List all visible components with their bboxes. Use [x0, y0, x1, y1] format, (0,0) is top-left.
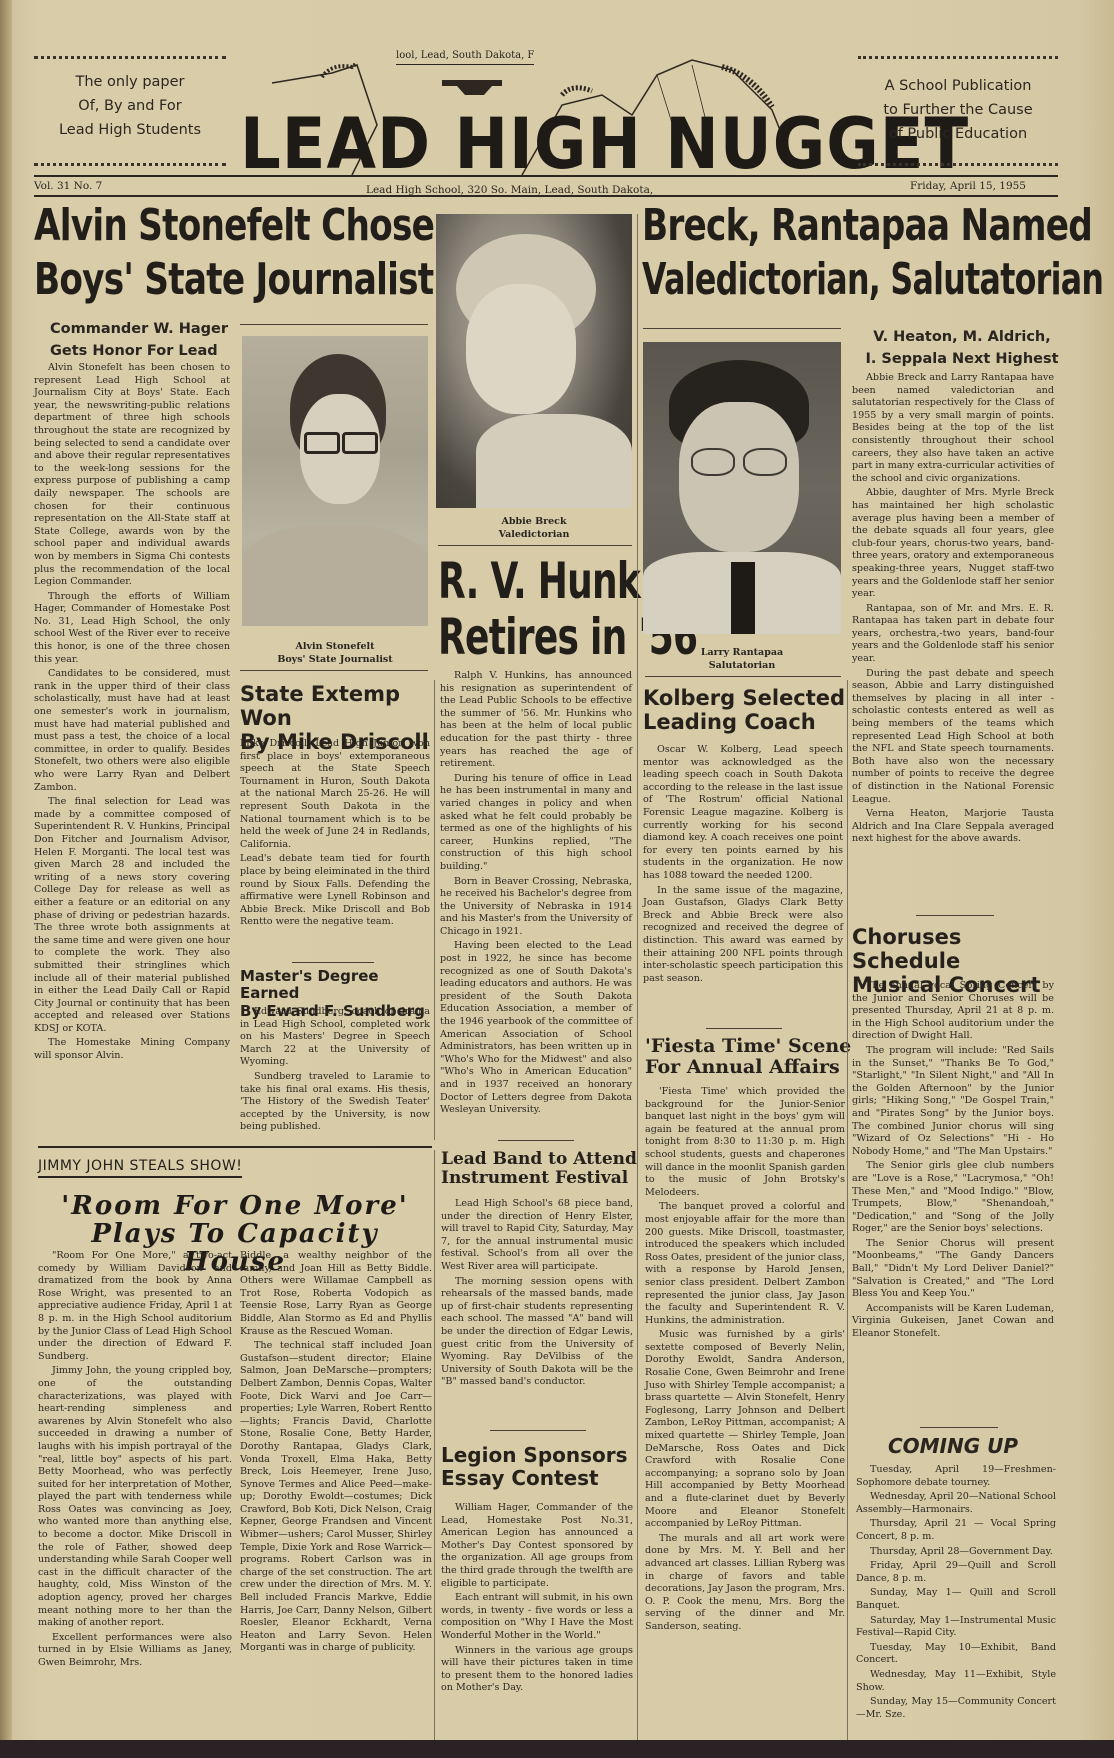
headline-line: 'Room For One More'	[38, 1192, 432, 1220]
caption-line: Salutatorian	[643, 659, 841, 672]
photo-caption: Alvin Stonefelt Boys' State Journalist	[242, 640, 428, 666]
paragraph: The technical staff included Joan Gustaf…	[240, 1340, 432, 1655]
binding-spine	[0, 0, 12, 1758]
page-bottom-edge	[0, 1740, 1114, 1758]
paragraph: 'Fiesta Time' which provided the backgro…	[645, 1086, 845, 1199]
left-ear-line: The only paper	[34, 70, 226, 94]
divider	[240, 670, 428, 671]
calendar-item: Friday, April 29—Quill and Scroll Dance,…	[856, 1560, 1056, 1585]
divider	[438, 545, 632, 546]
calendar-item: Tuesday, April 19—Freshmen-Sophomore deb…	[856, 1464, 1056, 1489]
article-body: Oscar W. Kolberg, Lead speech mentor was…	[643, 744, 843, 987]
paragraph: The Homestake Mining Company will sponso…	[34, 1037, 230, 1062]
paragraph: Lead's debate team tied for fourth place…	[240, 853, 430, 929]
ear-divider	[34, 56, 226, 62]
column-rule	[434, 1150, 435, 1744]
divider	[920, 1427, 998, 1428]
headline-line: Instrument Festival	[441, 1169, 641, 1188]
headline-line: Leading Coach	[643, 710, 853, 734]
paragraph: Abbie, daughter of Mrs. Myrle Breck has …	[852, 487, 1054, 600]
paragraph: Born in Beaver Crossing, Nebraska, he re…	[440, 876, 632, 939]
photo-larry-rantapaa	[643, 342, 841, 634]
ear-divider	[858, 56, 1058, 62]
paragraph: The program will include: "Red Sails in …	[852, 1045, 1054, 1158]
headline: Valedictorian, Salutatorian	[642, 258, 1103, 302]
paragraph: Having been elected to the Lead post in …	[440, 940, 632, 1116]
photo-alvin-stonefelt	[242, 336, 428, 626]
paragraph: Verna Heaton, Marjorie Tausta Aldrich an…	[852, 808, 1054, 846]
divider	[916, 915, 994, 916]
divider	[490, 1430, 586, 1431]
right-ear-line: to Further the Cause	[858, 98, 1058, 122]
headline-line: Choruses Schedule	[852, 925, 1072, 973]
paragraph: The annual vocal Spring Concert by the J…	[852, 980, 1054, 1043]
paragraph: Edward Sundberg, coach of drama in Lead …	[240, 1006, 430, 1069]
paragraph: The Senior girls glee club numbers are "…	[852, 1160, 1054, 1236]
paragraph: Winners in the various age groups will h…	[441, 1645, 633, 1695]
headline: Breck, Rantapaa Named	[642, 204, 1092, 248]
paragraph: Mike Driscoll, Lead High Junior, won fir…	[240, 738, 430, 851]
paragraph: Rantapaa, son of Mr. and Mrs. E. R. Rant…	[852, 603, 1054, 666]
paragraph: Oscar W. Kolberg, Lead speech mentor was…	[643, 744, 843, 883]
paragraph: The Senior Chorus will present "Moonbeam…	[852, 1238, 1054, 1301]
headline: 'Fiesta Time' Scene For Annual Affairs	[645, 1036, 855, 1078]
caption-line: Boys' State Journalist	[242, 653, 428, 666]
headline-line: Lead Band to Attend	[441, 1150, 641, 1169]
paragraph: The final selection for Lead was made by…	[34, 796, 230, 1035]
paragraph: Biddle, a wealthy neighbor of the family…	[240, 1250, 432, 1338]
paragraph: Each entrant will submit, in his own wor…	[441, 1592, 633, 1642]
calendar-item: Thursday, April 28—Government Day.	[856, 1546, 1056, 1559]
ear-divider	[858, 163, 1058, 169]
paragraph: Alvin Stonefelt has been chosen to repre…	[34, 362, 230, 589]
photo-caption: Larry Rantapaa Salutatorian	[643, 646, 841, 672]
paragraph: The morning session opens with rehearsal…	[441, 1276, 633, 1389]
calendar-item: Sunday, May 1— Quill and Scroll Banquet.	[856, 1587, 1056, 1612]
headline-line: State Extemp Won	[240, 682, 440, 730]
calendar-list: Tuesday, April 19—Freshmen-Sophomore deb…	[856, 1464, 1056, 1723]
headline: Legion Sponsors Essay Contest	[441, 1444, 641, 1490]
subheadline-line: V. Heaton, M. Aldrich,	[852, 326, 1072, 348]
right-ear-line: A School Publication	[858, 74, 1058, 98]
article-body: Ralph V. Hunkins, has announced his resi…	[440, 670, 632, 1119]
calendar-item: Tuesday, May 10—Exhibit, Band Concert.	[856, 1642, 1056, 1667]
article-body: Abbie Breck and Larry Rantapaa have been…	[852, 372, 1054, 848]
caption-line: Valedictorian	[436, 528, 632, 541]
headline: Lead Band to Attend Instrument Festival	[441, 1150, 641, 1187]
article-body: Edward Sundberg, coach of drama in Lead …	[240, 1006, 430, 1136]
article-body: The annual vocal Spring Concert by the J…	[852, 980, 1054, 1343]
paragraph: "Room For One More," a two-act comedy by…	[38, 1250, 232, 1363]
paragraph: Candidates to be considered, must rank i…	[34, 668, 230, 794]
headline-line: 'Fiesta Time' Scene	[645, 1036, 855, 1057]
headline: Kolberg Selected Leading Coach	[643, 686, 853, 734]
section-title: COMING UP	[852, 1434, 1054, 1458]
headline-line: Legion Sponsors	[441, 1444, 641, 1467]
subheadline-line: Gets Honor For Lead	[50, 340, 230, 362]
headline-line: Essay Contest	[441, 1467, 641, 1490]
paragraph: During the past debate and speech season…	[852, 668, 1054, 807]
headline-line: For Annual Affairs	[645, 1057, 855, 1078]
divider	[706, 1028, 782, 1029]
photo-abbie-breck	[436, 214, 632, 508]
calendar-item: Wednesday, April 20—National School Asse…	[856, 1491, 1056, 1516]
masthead-rule-top	[34, 175, 1058, 177]
article-body: Mike Driscoll, Lead High Junior, won fir…	[240, 738, 430, 931]
ear-divider	[34, 163, 226, 169]
column-rule	[637, 214, 638, 1744]
subheadline-line: I. Seppala Next Highest	[852, 348, 1072, 370]
subheadline-line: Commander W. Hager	[50, 318, 230, 340]
article-body: Alvin Stonefelt has been chosen to repre…	[34, 362, 230, 1122]
calendar-item: Wednesday, May 11—Exhibit, Style Show.	[856, 1669, 1056, 1694]
article-body-col1: "Room For One More," a two-act comedy by…	[38, 1250, 232, 1672]
section-rule	[38, 1146, 432, 1148]
divider	[645, 676, 841, 677]
right-ear: A School Publication to Further the Caus…	[858, 74, 1058, 146]
left-ear-line: Lead High Students	[34, 118, 226, 142]
caption-line: Alvin Stonefelt	[242, 640, 428, 653]
caption-line: Abbie Breck	[436, 515, 632, 528]
issue-date: Friday, April 15, 1955	[910, 180, 1026, 192]
subheadline: V. Heaton, M. Aldrich, I. Seppala Next H…	[852, 326, 1072, 370]
article-body-col2: Biddle, a wealthy neighbor of the family…	[240, 1250, 432, 1657]
paragraph: Abbie Breck and Larry Rantapaa have been…	[852, 372, 1054, 485]
volume-number: Vol. 31 No. 7	[34, 180, 102, 192]
headline-line: Master's Degree Earned	[240, 968, 440, 1003]
left-ear: The only paper Of, By and For Lead High …	[34, 70, 226, 142]
paragraph: William Hager, Commander of the Lead, Ho…	[441, 1502, 633, 1590]
paragraph: Ralph V. Hunkins, has announced his resi…	[440, 670, 632, 771]
calendar-item: Thursday, April 21 — Vocal Spring Concer…	[856, 1518, 1056, 1543]
divider	[643, 328, 841, 329]
paragraph: Sundberg traveled to Laramie to take his…	[240, 1071, 430, 1134]
paragraph: Excellent performances were also turned …	[38, 1632, 232, 1670]
masthead-rule-bottom	[34, 195, 1058, 197]
paragraph: Lead High School's 68 piece band, under …	[441, 1198, 633, 1274]
article-body: Lead High School's 68 piece band, under …	[441, 1198, 633, 1391]
right-ear-line: of Public Education	[858, 122, 1058, 146]
caption-line: Larry Rantapaa	[643, 646, 841, 659]
article-body: William Hager, Commander of the Lead, Ho…	[441, 1502, 633, 1697]
paragraph: Music was furnished by a girls' sextette…	[645, 1329, 845, 1531]
article-body: 'Fiesta Time' which provided the backgro…	[645, 1086, 845, 1636]
paragraph: Through the efforts of William Hager, Co…	[34, 591, 230, 667]
paragraph: In the same issue of the magazine, Joan …	[643, 885, 843, 986]
paragraph: The banquet proved a colorful and most e…	[645, 1201, 845, 1327]
paragraph: The murals and all art work were done by…	[645, 1533, 845, 1634]
calendar-item: Saturday, May 1—Instrumental Music Festi…	[856, 1615, 1056, 1640]
column-rule	[434, 680, 435, 1140]
kicker: JIMMY JOHN STEALS SHOW!	[38, 1158, 242, 1178]
headline-line: Kolberg Selected	[643, 686, 853, 710]
column-rule	[847, 680, 848, 1744]
paragraph: Jimmy John, the young crippled boy, one …	[38, 1365, 232, 1629]
divider	[292, 962, 374, 963]
photo-caption: Abbie Breck Valedictorian	[436, 515, 632, 541]
paragraph: During his tenure of office in Lead he h…	[440, 773, 632, 874]
divider	[498, 1140, 574, 1141]
paragraph: Accompanists will be Karen Ludeman, Virg…	[852, 1303, 1054, 1341]
left-ear-line: Of, By and For	[34, 94, 226, 118]
calendar-item: Sunday, May 15—Community Concert—Mr. Sze…	[856, 1696, 1056, 1721]
subheadline: Commander W. Hager Gets Honor For Lead	[50, 318, 230, 362]
divider	[240, 324, 428, 325]
headline: Boys' State Journalist	[34, 258, 433, 302]
headline: Alvin Stonefelt Chosen	[34, 204, 458, 248]
newspaper-page: The only paper Of, By and For Lead High …	[0, 0, 1114, 1758]
